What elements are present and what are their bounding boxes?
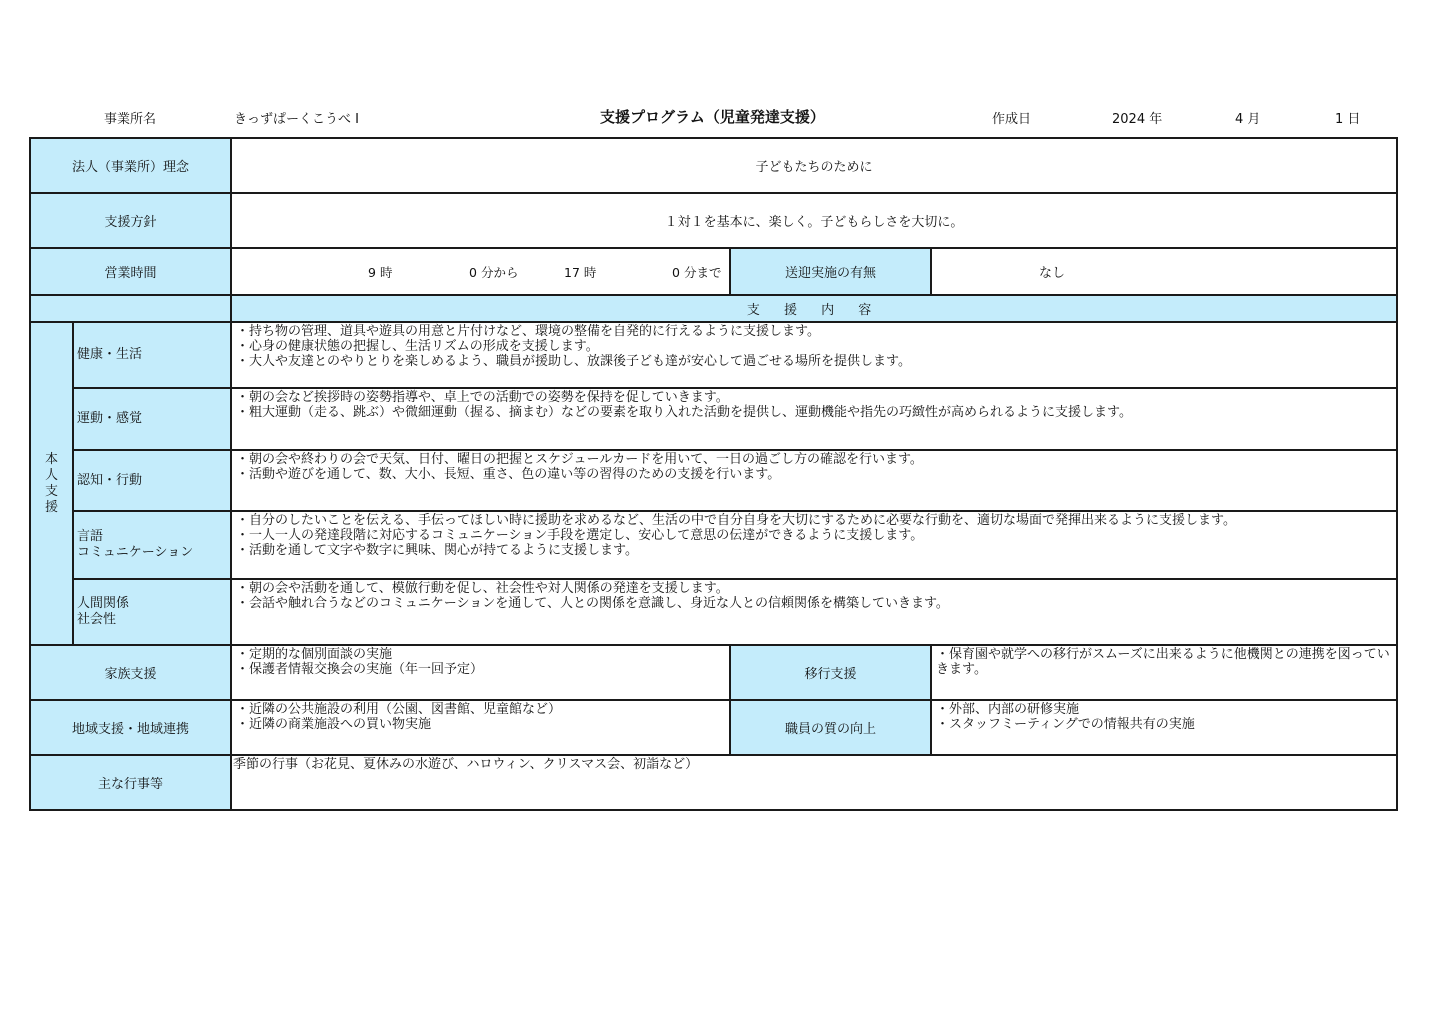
list-item: ・近隣の公共施設の利用（公園、図書館、児童館など） <box>236 702 725 717</box>
list-item: ・保護者情報交換会の実施（年一回予定） <box>236 662 725 677</box>
hours-label: 営業時間 <box>30 248 231 295</box>
office-name: きっずぱーくこうべ Ⅰ <box>234 108 359 127</box>
philosophy-row: 法人（事業所）理念 子どもたちのために <box>30 138 1397 193</box>
list-item: ・朝の会や終わりの会で天気、日付、曜日の把握とスケジュールカードを用いて、一日の… <box>236 452 1392 467</box>
events-content: 季節の行事（お花見、夏休みの水遊び、ハロウィン、クリスマス会、初詣など） <box>231 755 1397 810</box>
office-label: 事業所名 <box>104 108 156 127</box>
list-item: ・自分のしたいことを伝える、手伝ってほしい時に援助を求めるなど、生活の中で自分自… <box>236 513 1392 528</box>
hours-row: 営業時間 9 時 0 分から 17 時 0 分まで 送迎実施の有無 なし <box>30 248 1397 295</box>
transport-value: なし <box>931 248 1397 295</box>
policy-value: １対１を基本に、楽しく。子どもらしさを大切に。 <box>231 193 1397 248</box>
page-title: 支援プログラム（児童発達支援） <box>600 106 825 127</box>
family-support-content: ・定期的な個別面談の実施 ・保護者情報交換会の実施（年一回予定） <box>231 645 730 700</box>
list-item: ・会話や触れ合うなどのコミュニケーションを通して、人との関係を意識し、身近な人と… <box>236 596 1392 611</box>
area-content-health: ・持ち物の管理、道具や遊具の用意と片付けなど、環境の整備を自発的に行えるように支… <box>231 322 1397 388</box>
transition-support-content: ・保育園や就学への移行がスムーズに出来るように他機関との連携を図っていきます。 <box>931 645 1397 700</box>
created-day: 1 日 <box>1335 108 1360 127</box>
support-content-header-row: 支 援 内 容 <box>30 295 1397 322</box>
events-label: 主な行事等 <box>30 755 231 810</box>
transition-support-label: 移行支援 <box>730 645 931 700</box>
personal-support-label: 本人支援 <box>30 322 73 645</box>
start-minute: 0 分から <box>469 263 518 281</box>
start-hour: 9 時 <box>368 263 392 281</box>
list-item: ・活動を通して文字や数字に興味、関心が持てるように支援します。 <box>236 543 1392 558</box>
family-support-label: 家族支援 <box>30 645 231 700</box>
list-item: ・保育園や就学への移行がスムーズに出来るように他機関との連携を図っていきます。 <box>936 647 1392 677</box>
list-item: ・朝の会や活動を通して、模倣行動を促し、社会性や対人関係の発達を支援します。 <box>236 581 1392 596</box>
staff-quality-label: 職員の質の向上 <box>730 700 931 755</box>
policy-label: 支援方針 <box>30 193 231 248</box>
area-row-language: 言語 コミュニケーション ・自分のしたいことを伝える、手伝ってほしい時に援助を求… <box>30 511 1397 579</box>
list-item: ・スタッフミーティングでの情報共有の実施 <box>936 717 1392 732</box>
list-item: ・大人や友達とのやりとりを楽しめるよう、職員が援助し、放課後子ども達が安心して過… <box>236 354 1392 369</box>
end-hour: 17 時 <box>564 263 596 281</box>
hours-value: 9 時 0 分から 17 時 0 分まで <box>231 248 730 295</box>
list-item: ・近隣の商業施設への買い物実施 <box>236 717 725 732</box>
area-label-language: 言語 コミュニケーション <box>73 511 231 579</box>
list-item: ・一人一人の発達段階に対応するコミュニケーション手段を選定し、安心して意思の伝達… <box>236 528 1392 543</box>
area-content-cognition: ・朝の会や終わりの会で天気、日付、曜日の把握とスケジュールカードを用いて、一日の… <box>231 450 1397 511</box>
family-transition-row: 家族支援 ・定期的な個別面談の実施 ・保護者情報交換会の実施（年一回予定） 移行… <box>30 645 1397 700</box>
area-label-health: 健康・生活 <box>73 322 231 388</box>
area-content-social: ・朝の会や活動を通して、模倣行動を促し、社会性や対人関係の発達を支援します。 ・… <box>231 579 1397 645</box>
list-item: ・持ち物の管理、道具や遊具の用意と片付けなど、環境の整備を自発的に行えるように支… <box>236 324 1392 339</box>
end-minute: 0 分まで <box>672 263 721 281</box>
area-label-cognition: 認知・行動 <box>73 450 231 511</box>
list-item: ・外部、内部の研修実施 <box>936 702 1392 717</box>
staff-quality-content: ・外部、内部の研修実施 ・スタッフミーティングでの情報共有の実施 <box>931 700 1397 755</box>
area-row-motor: 運動・感覚 ・朝の会など挨拶時の姿勢指導や、卓上での活動での姿勢を保持を促してい… <box>30 388 1397 450</box>
area-row-health: 本人支援 健康・生活 ・持ち物の管理、道具や遊具の用意と片付けなど、環境の整備を… <box>30 322 1397 388</box>
area-label-social: 人間関係 社会性 <box>73 579 231 645</box>
created-label: 作成日 <box>992 108 1031 127</box>
philosophy-label: 法人（事業所）理念 <box>30 138 231 193</box>
area-row-social: 人間関係 社会性 ・朝の会や活動を通して、模倣行動を促し、社会性や対人関係の発達… <box>30 579 1397 645</box>
list-item: ・定期的な個別面談の実施 <box>236 647 725 662</box>
area-row-cognition: 認知・行動 ・朝の会や終わりの会で天気、日付、曜日の把握とスケジュールカードを用… <box>30 450 1397 511</box>
transport-label: 送迎実施の有無 <box>730 248 931 295</box>
area-content-motor: ・朝の会など挨拶時の姿勢指導や、卓上での活動での姿勢を保持を促していきます。 ・… <box>231 388 1397 450</box>
support-content-label: 支 援 内 容 <box>231 295 1397 322</box>
area-content-language: ・自分のしたいことを伝える、手伝ってほしい時に援助を求めるなど、生活の中で自分自… <box>231 511 1397 579</box>
philosophy-value: 子どもたちのために <box>231 138 1397 193</box>
created-month: 4 月 <box>1235 108 1260 127</box>
community-support-content: ・近隣の公共施設の利用（公園、図書館、児童館など） ・近隣の商業施設への買い物実… <box>231 700 730 755</box>
support-program-table: 法人（事業所）理念 子どもたちのために 支援方針 １対１を基本に、楽しく。子ども… <box>29 137 1398 811</box>
policy-row: 支援方針 １対１を基本に、楽しく。子どもらしさを大切に。 <box>30 193 1397 248</box>
list-item: ・心身の健康状態の把握し、生活リズムの形成を支援します。 <box>236 339 1392 354</box>
events-row: 主な行事等 季節の行事（お花見、夏休みの水遊び、ハロウィン、クリスマス会、初詣な… <box>30 755 1397 810</box>
list-item: ・粗大運動（走る、跳ぶ）や微細運動（握る、摘まむ）などの要素を取り入れた活動を提… <box>236 405 1392 420</box>
list-item: ・朝の会など挨拶時の姿勢指導や、卓上での活動での姿勢を保持を促していきます。 <box>236 390 1392 405</box>
support-content-blank <box>30 295 231 322</box>
list-item: ・活動や遊びを通して、数、大小、長短、重さ、色の違い等の習得のための支援を行いま… <box>236 467 1392 482</box>
created-year: 2024 年 <box>1112 108 1162 127</box>
area-label-motor: 運動・感覚 <box>73 388 231 450</box>
community-support-label: 地域支援・地域連携 <box>30 700 231 755</box>
community-staff-row: 地域支援・地域連携 ・近隣の公共施設の利用（公園、図書館、児童館など） ・近隣の… <box>30 700 1397 755</box>
